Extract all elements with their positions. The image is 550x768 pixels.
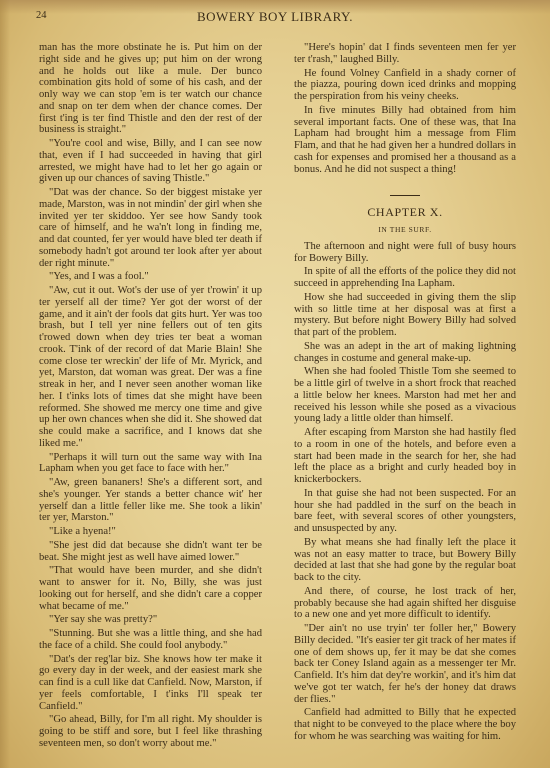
chapter-title: CHAPTER X. — [294, 207, 516, 219]
running-title: BOWERY BOY LIBRARY. — [0, 9, 550, 25]
paragraph: In that guise she had not been suspected… — [294, 488, 516, 535]
paragraph: How she had succeeded in giving them the… — [294, 292, 516, 339]
paragraph: "She jest did dat because she didn't wan… — [39, 540, 262, 564]
paragraph: "Go ahead, Billy, for I'm all right. My … — [39, 714, 262, 749]
page-header: 24 BOWERY BOY LIBRARY. — [0, 10, 550, 30]
paragraph: "Aw, cut it out. Wot's der use of yer t'… — [39, 285, 262, 450]
paragraph: "Dat's der reg'lar biz. She knows how te… — [39, 654, 262, 713]
paragraph: "That would have been murder, and she di… — [39, 565, 262, 612]
paragraph: "Like a hyena!" — [39, 526, 262, 538]
paragraph: "Yer say she was pretty?" — [39, 614, 262, 626]
paragraph: When she had fooled Thistle Tom she seem… — [294, 366, 516, 425]
page-spine-shadow — [0, 0, 10, 768]
paragraph: In five minutes Billy had obtained from … — [294, 105, 516, 176]
paragraph: And there, of course, he lost track of h… — [294, 586, 516, 621]
paragraph: "Der ain't no use tryin' ter foller her,… — [294, 623, 516, 705]
paragraph: "Aw, green bananers! She's a different s… — [39, 477, 262, 524]
paragraph: "You're cool and wise, Billy, and I can … — [39, 138, 262, 185]
paragraph: "Yes, and I was a fool." — [39, 271, 262, 283]
chapter-subtitle: IN THE SURF. — [294, 224, 516, 236]
chapter-divider — [390, 195, 420, 196]
paragraph: "Dat was der chance. So der biggest mist… — [39, 187, 262, 269]
paragraph: The afternoon and night were full of bus… — [294, 241, 516, 265]
book-page: 24 BOWERY BOY LIBRARY. man has the more … — [0, 0, 550, 768]
left-column: man has the more obstinate he is. Put hi… — [39, 42, 262, 752]
paragraph: "Perhaps it will turn out the same way w… — [39, 452, 262, 476]
paragraph: He found Volney Canfield in a shady corn… — [294, 68, 516, 103]
paragraph: Canfield had admitted to Billy that he e… — [294, 707, 516, 742]
paragraph: man has the more obstinate he is. Put hi… — [39, 42, 262, 136]
paragraph: She was an adept in the art of making li… — [294, 341, 516, 365]
paragraph: "Here's hopin' dat I finds seventeen men… — [294, 42, 516, 66]
paragraph: After escaping from Marston she had hast… — [294, 427, 516, 486]
right-column: "Here's hopin' dat I finds seventeen men… — [294, 42, 516, 745]
paragraph: In spite of all the efforts of the polic… — [294, 266, 516, 290]
paragraph: By what means she had finally left the p… — [294, 537, 516, 584]
paragraph: "Stunning. But she was a little thing, a… — [39, 628, 262, 652]
